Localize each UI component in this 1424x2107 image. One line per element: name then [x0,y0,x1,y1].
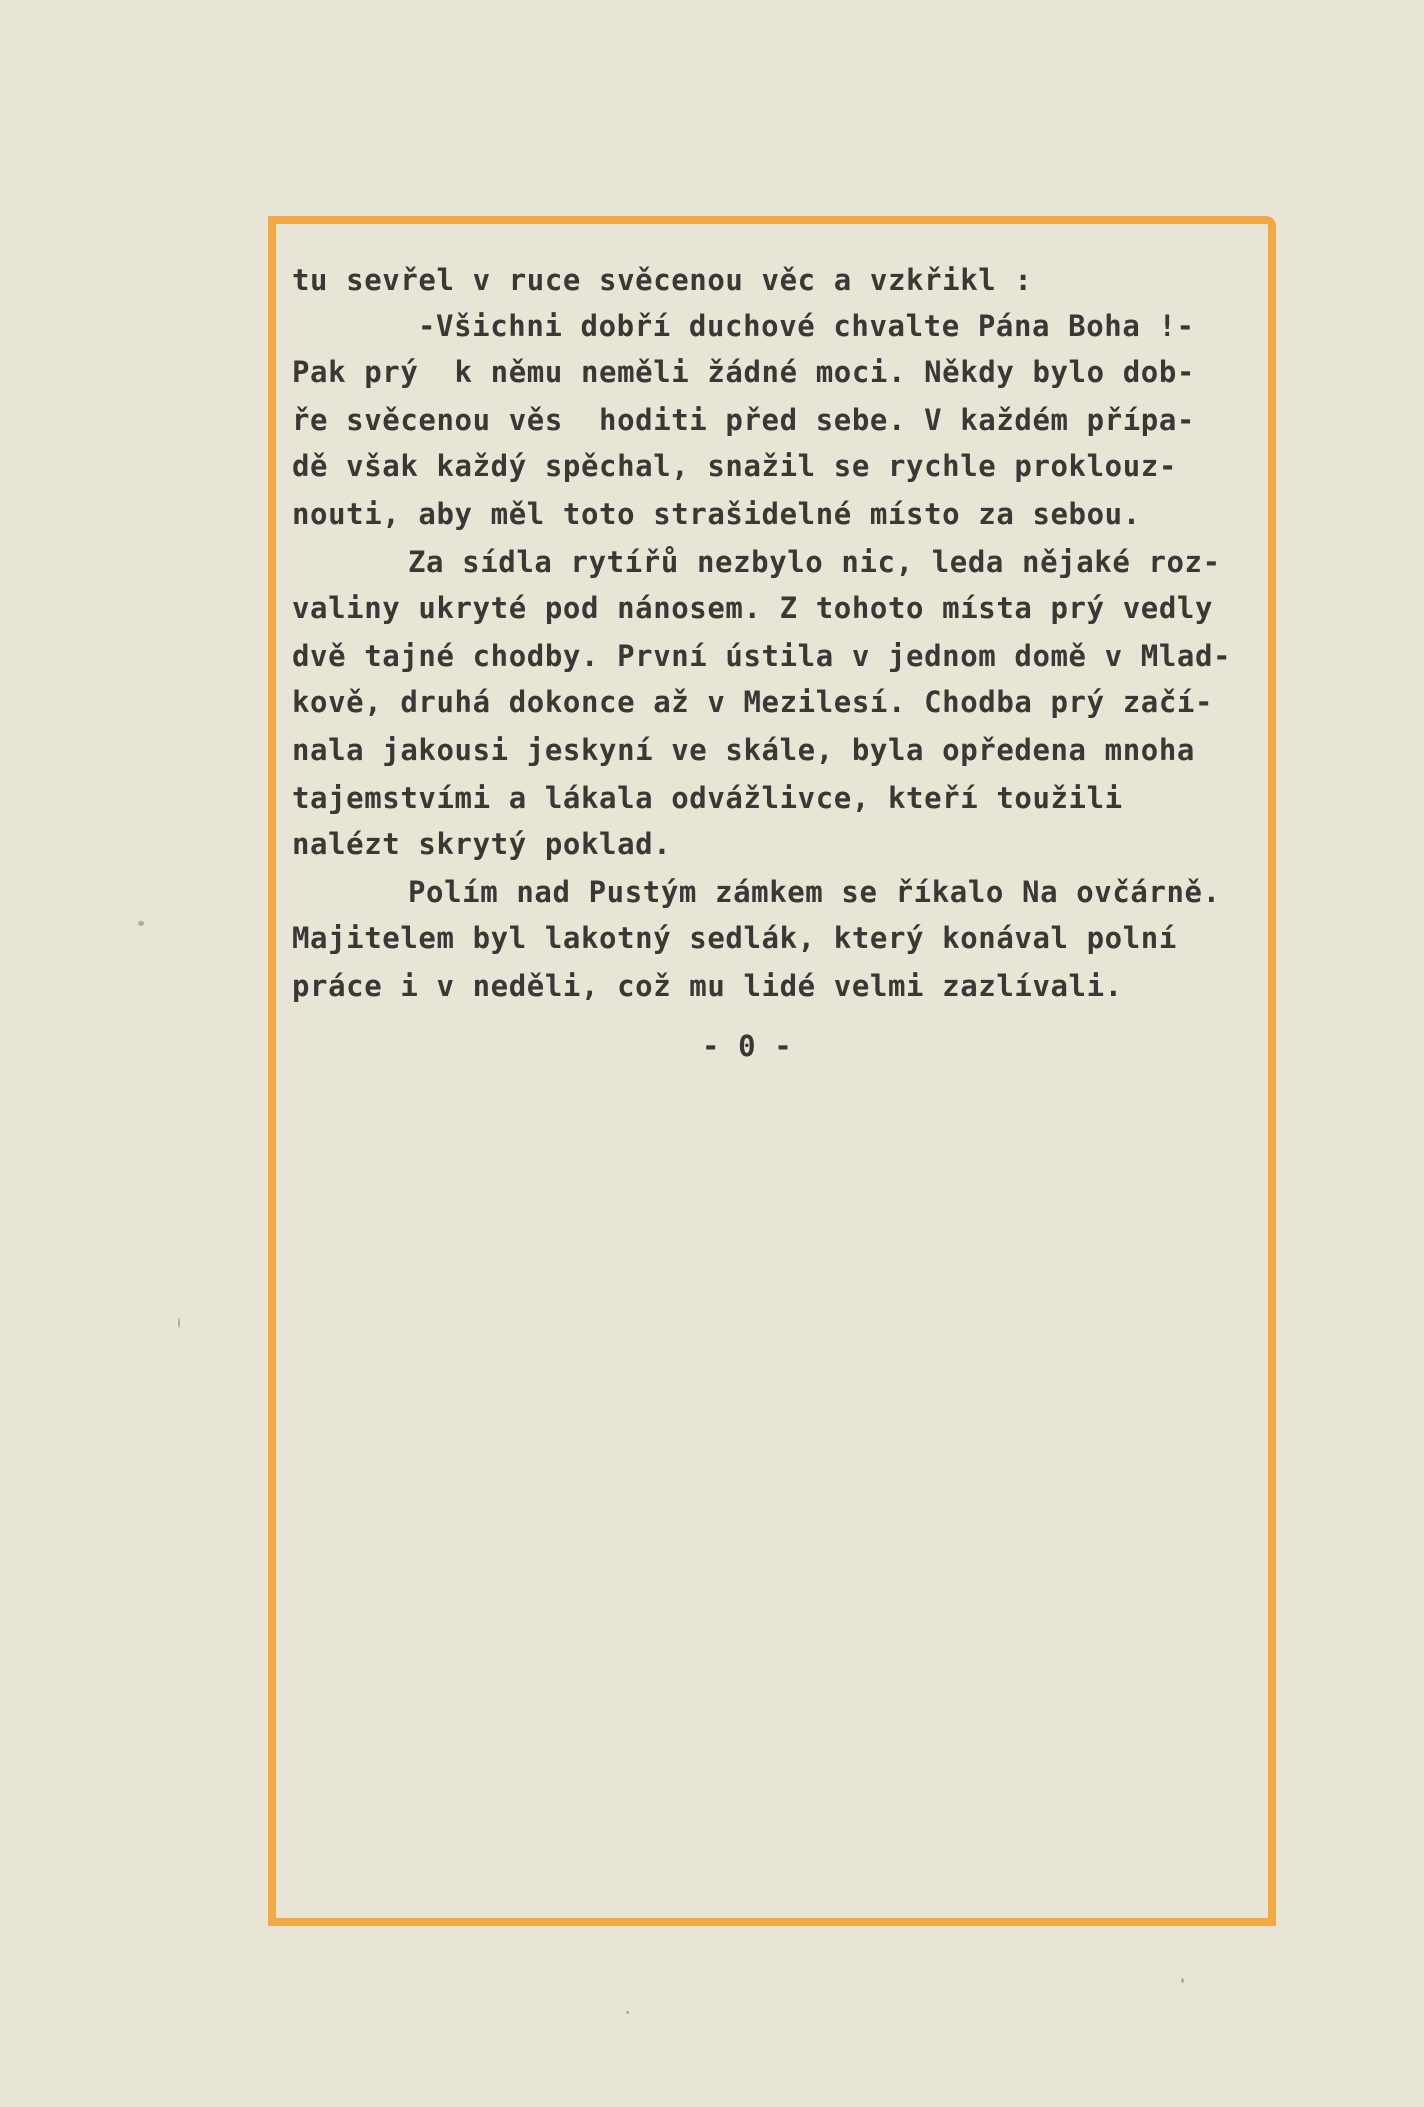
text-line: práce i v neděli, což mu lidé velmi zazl… [292,968,1123,1004]
paper-speck [1181,1978,1184,1983]
text-line: nouti, aby měl toto strašidelné místo za… [292,496,1141,532]
text-line: tajemstvími a lákala odvážlivce, kteří t… [292,780,1123,816]
end-mark: - 0 - [702,1028,792,1064]
paragraph-start-line: Polím nad Pustým zámkem se říkalo Na ovč… [408,874,1221,910]
text-line: valiny ukryté pod nánosem. Z tohoto míst… [292,590,1213,626]
paper-speck [178,1318,180,1328]
text-line: dvě tajné chodby. První ústila v jednom … [292,638,1231,674]
text-line: Majitelem byl lakotný sedlák, který koná… [292,920,1177,956]
text-line-dialog: -Všichni dobří duchové chvalte Pána Boha… [418,308,1195,344]
paragraph-start-line: Za sídla rytířů nezbylo nic, leda nějaké… [408,544,1221,580]
text-line: dě však každý spěchal, snažil se rychle … [292,448,1177,484]
text-line: nala jakousi jeskyní ve skále, byla opře… [292,732,1195,768]
text-line: nalézt skrytý poklad. [292,826,671,862]
paper-speck [626,2011,629,2014]
text-line: kově, druhá dokonce až v Mezilesí. Chodb… [292,684,1213,720]
paper-speck [138,921,144,926]
text-line: Pak prý k němu neměli žádné moci. Někdy … [292,354,1195,390]
text-line: tu sevřel v ruce svěcenou věc a vzkřikl … [292,262,1032,298]
text-line: ře svěcenou věs hoditi před sebe. V každ… [292,402,1195,438]
